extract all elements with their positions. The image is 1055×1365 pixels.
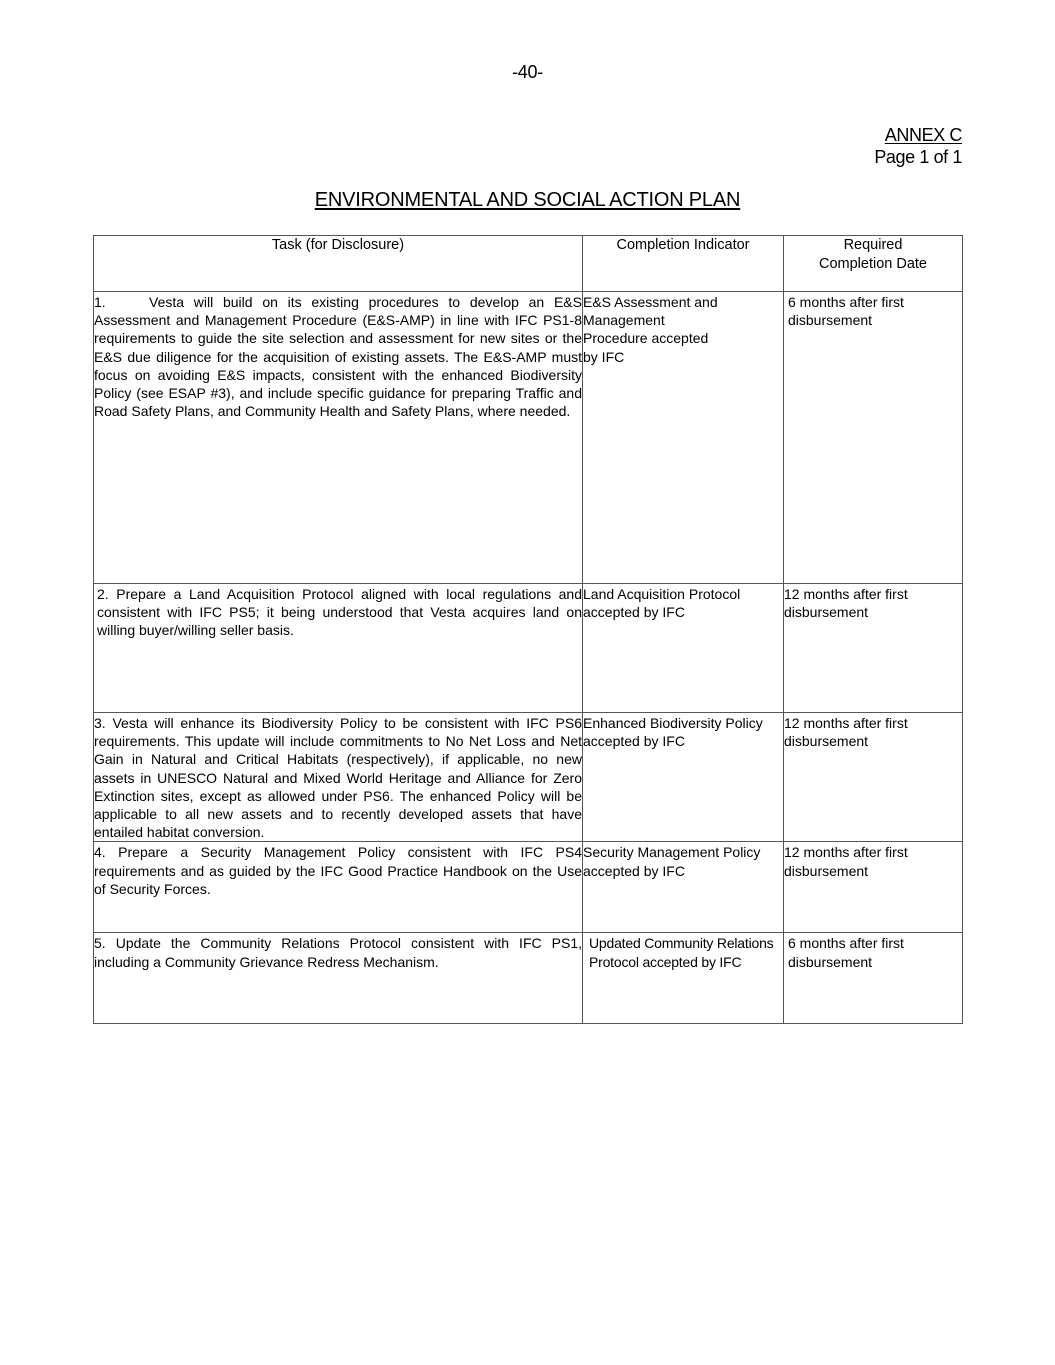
table-row: 3. Vesta will enhance its Biodiversity P…	[94, 713, 963, 842]
completion-date-cell: 6 months after first disbursement	[784, 933, 963, 1024]
task-number: 4.	[94, 844, 106, 860]
completion-indicator-text: Enhanced Biodiversity Policy accepted by…	[583, 715, 763, 749]
completion-indicator-cell: Land Acquisition Protocol accepted by IF…	[583, 584, 784, 713]
task-number: 5.	[94, 935, 106, 951]
annex-label: ANNEX C	[874, 124, 962, 146]
column-header-date: Required Completion Date	[784, 236, 963, 292]
page-number: -40-	[0, 62, 1055, 83]
task-number: 2.	[97, 586, 109, 602]
completion-date-text: 12 months after first disbursement	[784, 843, 924, 879]
completion-indicator-cell: E&S Assessment and Management Procedure …	[583, 292, 784, 584]
completion-date-text: 6 months after first disbursement	[784, 293, 928, 329]
completion-date-cell: 12 months after first disbursement	[784, 713, 963, 842]
task-cell: 1.Vesta will build on its existing proce…	[94, 292, 583, 584]
document-title: ENVIRONMENTAL AND SOCIAL ACTION PLAN	[0, 189, 1055, 212]
completion-indicator-cell: Enhanced Biodiversity Policy accepted by…	[583, 713, 784, 842]
completion-indicator-cell: Updated Community Relations Protocol acc…	[583, 933, 784, 1024]
completion-date-text: 6 months after first disbursement	[784, 934, 928, 970]
task-cell: 5. Update the Community Relations Protoc…	[94, 933, 583, 1024]
annex-page-count: Page 1 of 1	[874, 146, 962, 168]
completion-indicator-text: Updated Community Relations Protocol acc…	[589, 934, 785, 970]
completion-date-cell: 12 months after first disbursement	[784, 842, 963, 933]
completion-indicator-text: E&S Assessment and Management Procedure …	[583, 293, 723, 366]
completion-date-cell: 6 months after first disbursement	[784, 292, 963, 584]
task-text: Vesta will enhance its Biodiversity Poli…	[94, 715, 582, 840]
table-row: 4. Prepare a Security Management Policy …	[94, 842, 963, 933]
column-header-date-text: Required Completion Date	[813, 236, 933, 273]
task-number: 3.	[94, 715, 106, 731]
task-text: Prepare a Land Acquisition Protocol alig…	[97, 586, 582, 638]
completion-indicator-text: Security Management Policy accepted by I…	[583, 844, 760, 878]
task-cell: 4. Prepare a Security Management Policy …	[94, 842, 583, 933]
action-plan-table: Task (for Disclosure) Completion Indicat…	[93, 235, 963, 1024]
annex-header: ANNEX C Page 1 of 1	[874, 124, 962, 168]
table-header-row: Task (for Disclosure) Completion Indicat…	[94, 236, 963, 292]
completion-date-text: 12 months after first disbursement	[784, 585, 924, 621]
completion-indicator-cell: Security Management Policy accepted by I…	[583, 842, 784, 933]
task-cell: 3. Vesta will enhance its Biodiversity P…	[94, 713, 583, 842]
task-number: 1.	[94, 293, 149, 311]
table-row: 5. Update the Community Relations Protoc…	[94, 933, 963, 1024]
table-row: 2. Prepare a Land Acquisition Protocol a…	[94, 584, 963, 713]
task-text: Vesta will build on its existing procedu…	[94, 294, 582, 419]
column-header-task: Task (for Disclosure)	[94, 236, 583, 292]
completion-date-cell: 12 months after first disbursement	[784, 584, 963, 713]
task-text: Update the Community Relations Protocol …	[94, 935, 582, 969]
completion-indicator-text: Land Acquisition Protocol accepted by IF…	[583, 585, 758, 621]
table-row: 1.Vesta will build on its existing proce…	[94, 292, 963, 584]
task-cell: 2. Prepare a Land Acquisition Protocol a…	[94, 584, 583, 713]
completion-date-text: 12 months after first disbursement	[784, 714, 924, 750]
column-header-indicator: Completion Indicator	[583, 236, 784, 292]
task-text: Prepare a Security Management Policy con…	[94, 844, 582, 896]
